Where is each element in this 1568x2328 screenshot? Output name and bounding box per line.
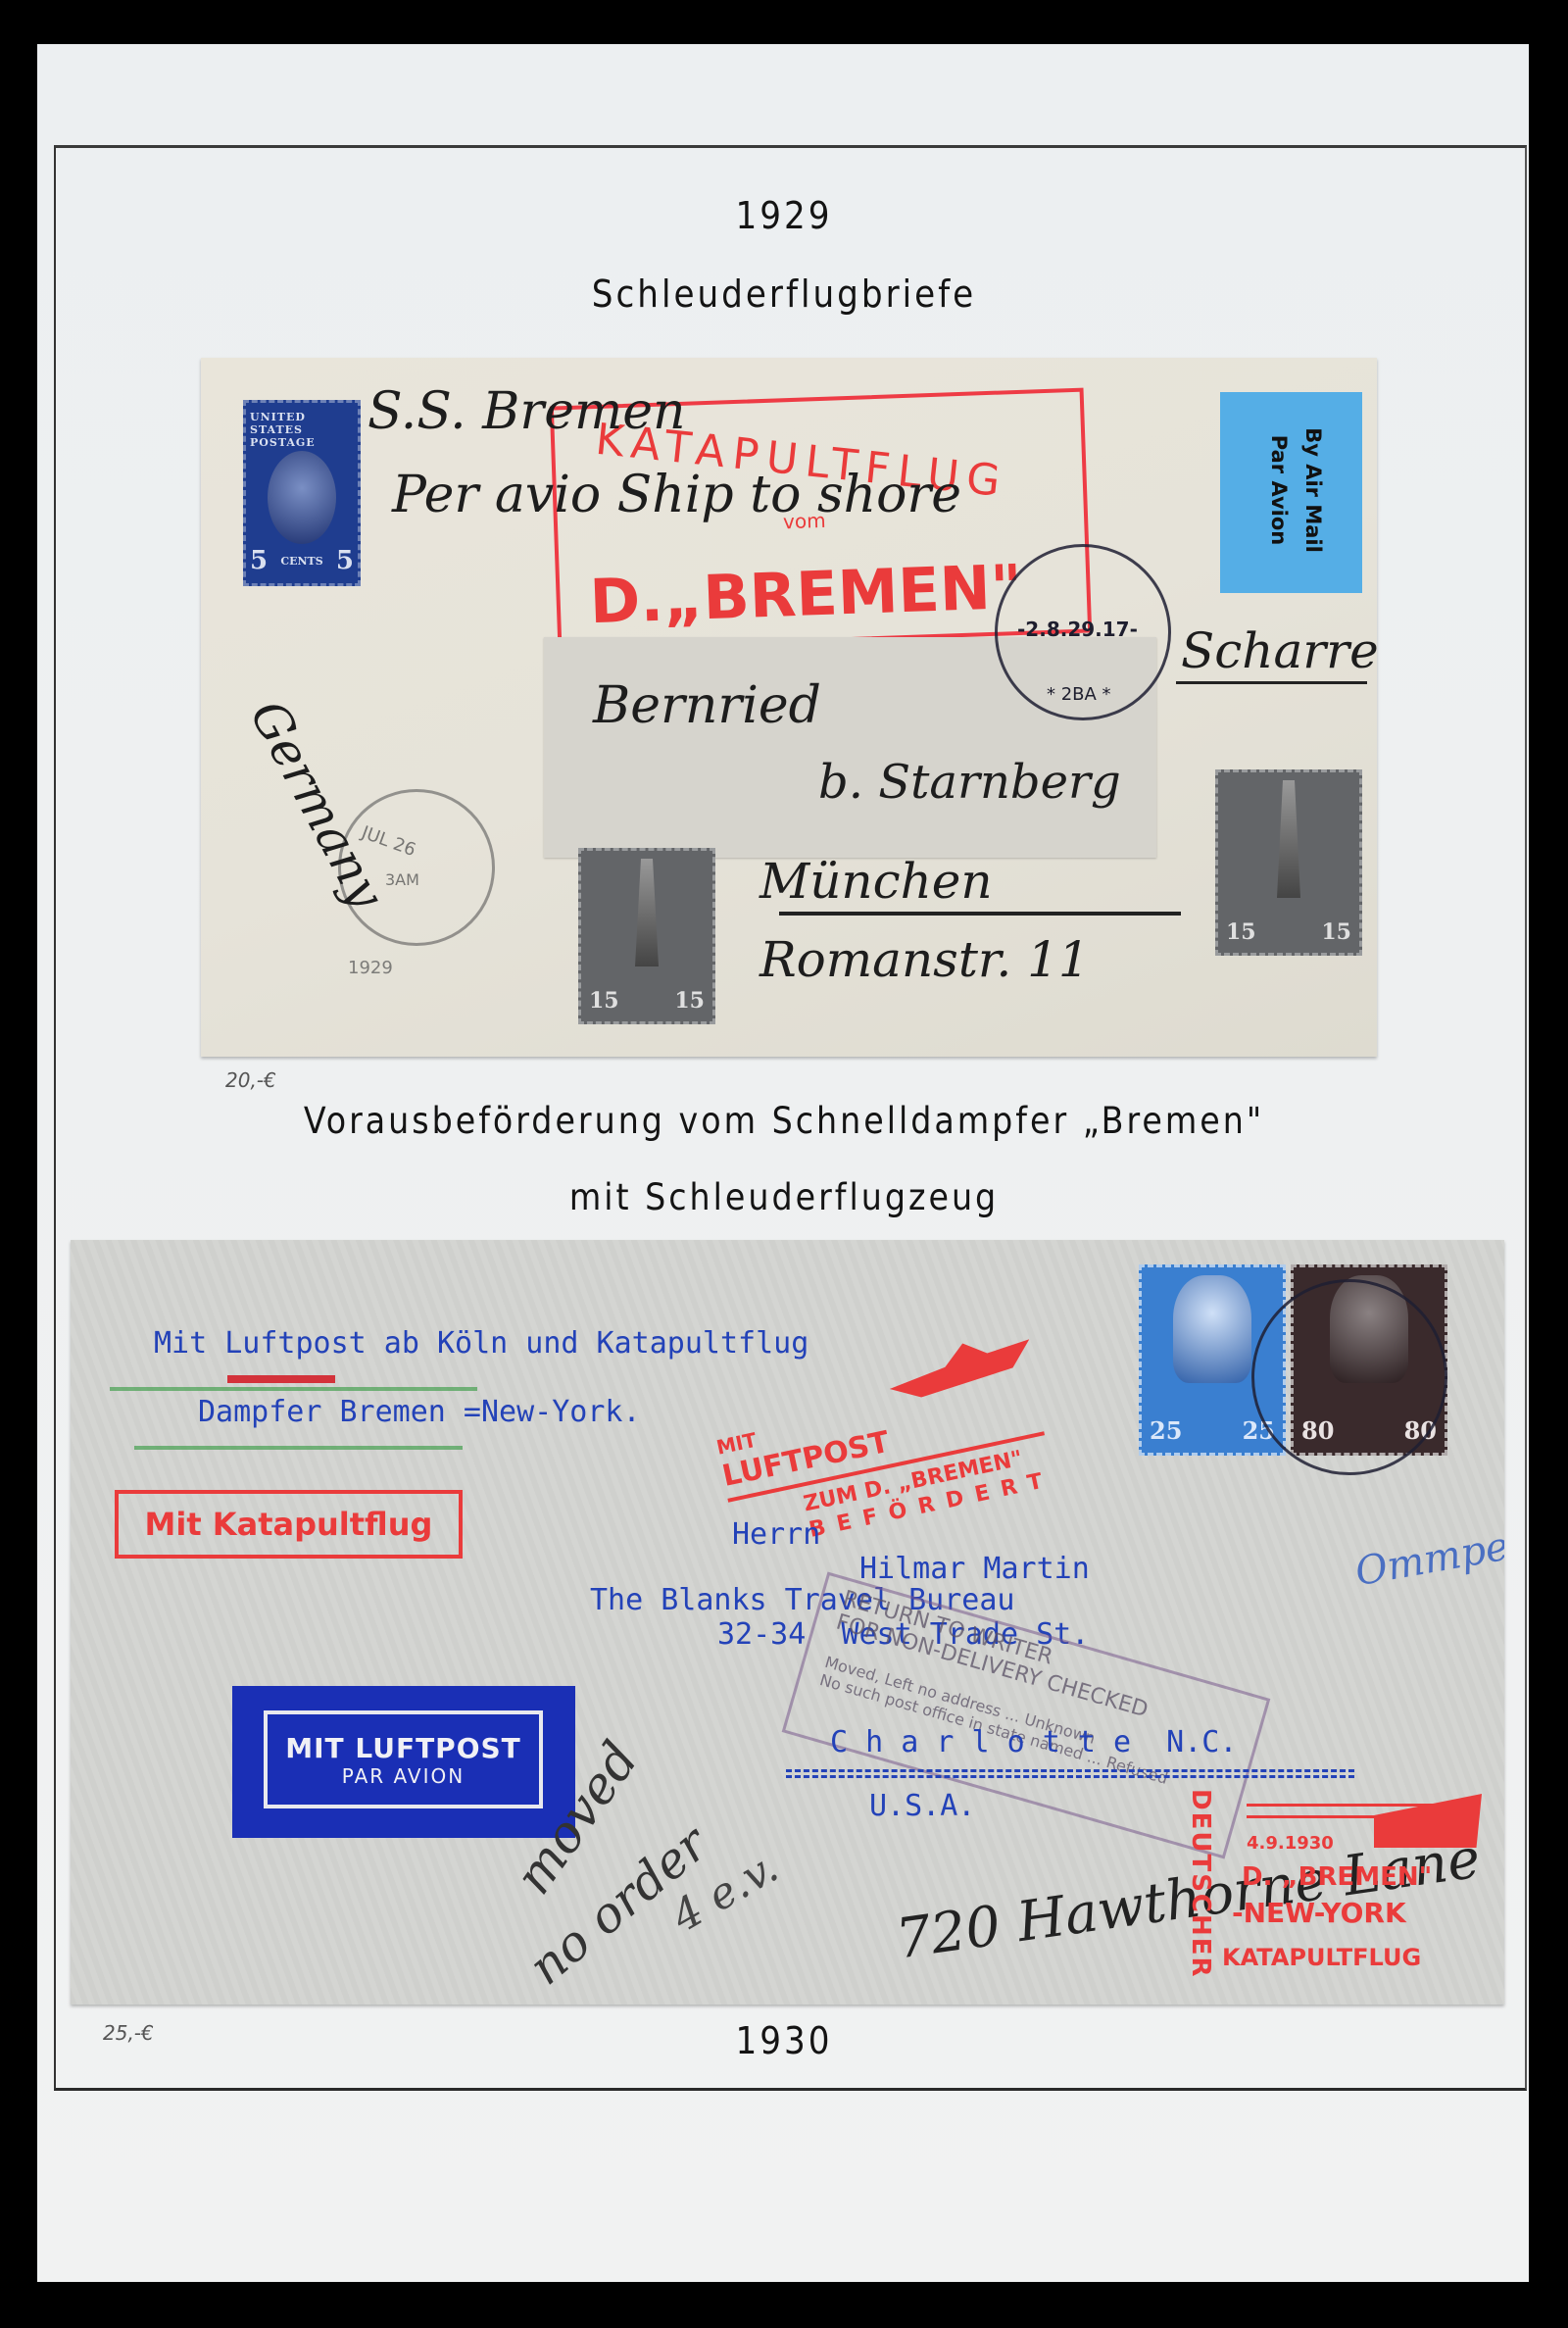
underline (779, 912, 1181, 916)
red-underline (227, 1375, 335, 1383)
label-text: PAR AVION (342, 1764, 465, 1788)
year-heading-1929: 1929 (0, 194, 1568, 237)
seaplane-icon (884, 1329, 1038, 1408)
label-text: By Air Mail (1301, 427, 1325, 553)
stamp-value: 5 (250, 546, 268, 575)
cachet-rule (1247, 1804, 1433, 1807)
typed-recipient: Hilmar Martin (859, 1552, 1090, 1586)
handwritten-routing: Per avio Ship to shore (392, 466, 961, 524)
cachet-text: -NEW-YORK (1232, 1897, 1406, 1929)
us-15-cent-stamp-right: 15 15 (1215, 769, 1362, 956)
handwritten-ship: S.S. Bremen (367, 382, 686, 441)
cachet-date: 4.9.1930 (1247, 1833, 1334, 1854)
stamp-value: 25 (1150, 1416, 1182, 1445)
underline (1176, 681, 1367, 684)
handwritten-recipient: Scharrer (1181, 622, 1377, 679)
green-underline (110, 1387, 477, 1391)
hindenburg-portrait-icon (1173, 1275, 1251, 1383)
handwritten-street: Romanstr. 11 (759, 931, 1090, 988)
us-5-cent-stamp: UNITED STATES POSTAGE 5 CENTS 5 (243, 400, 361, 586)
portrait-icon (268, 451, 336, 544)
postmark-code: * 2BA * (1047, 684, 1111, 705)
typed-routing: Mit Luftpost ab Köln und Katapultflug (154, 1326, 808, 1361)
par-avion-label: Par Avion By Air Mail (1220, 392, 1362, 593)
statue-of-liberty-icon (617, 859, 676, 966)
stamp-value: 15 (589, 988, 619, 1014)
cover-1929: UNITED STATES POSTAGE 5 CENTS 5 JUL 26 3… (201, 358, 1377, 1057)
typed-country: U.S.A. (869, 1789, 975, 1823)
typed-salutation: Herrn (732, 1517, 820, 1552)
stamp-value: 15 (1226, 919, 1256, 945)
ship-icon (1374, 1794, 1482, 1848)
stamp-text: D.„BREMEN" (589, 551, 1024, 637)
stamp-value: 15 (674, 988, 705, 1014)
cover-1930: Mit Luftpost ab Köln und Katapultflug Da… (71, 1240, 1504, 2005)
page-title: Schleuderflugbriefe (0, 272, 1568, 316)
label-district: b. Starnberg (818, 755, 1121, 810)
cachet-vertical-text: DEUTSCHER (1186, 1789, 1215, 1979)
koeln-postmark (1251, 1279, 1447, 1475)
stamp-unit: CENTS (280, 555, 322, 568)
us-15-cent-stamp-left: 15 15 (578, 848, 715, 1024)
cachet-text: D. „BREMEN" (1242, 1862, 1432, 1892)
blue-pencil-note: Ommpels (1351, 1518, 1504, 1596)
label-town: Bernried (593, 676, 821, 735)
caption-line-1: Vorausbeförderung vom Schnelldampfer „Br… (0, 1100, 1568, 1142)
statue-of-liberty-icon (1259, 780, 1318, 898)
stamp-country: UNITED STATES POSTAGE (250, 411, 354, 449)
green-underline (134, 1446, 463, 1450)
postmark-date: -2.8.29.17- (1017, 618, 1138, 641)
typed-double-underline (786, 1769, 1354, 1778)
label-text: Par Avion (1267, 435, 1291, 545)
cachet-text: KATAPULTFLUG (1222, 1944, 1421, 1971)
stamp-value: 5 (336, 546, 354, 575)
caption-line-2: mit Schleuderflugzeug (0, 1176, 1568, 1218)
typed-ship-route: Dampfer Bremen =New-York. (198, 1395, 641, 1429)
stamp-value: 15 (1321, 919, 1351, 945)
mit-katapultflug-stamp: Mit Katapultflug (115, 1490, 463, 1559)
mit-luftpost-label: MIT LUFTPOST PAR AVION (232, 1686, 575, 1838)
price-note-cover-1: 20,-€ (225, 1068, 276, 1092)
typed-city: C h a r l o t t e N.C. (830, 1725, 1237, 1759)
year-heading-1930: 1930 (0, 2019, 1568, 2062)
stamp-text: Mit Katapultflug (145, 1506, 433, 1543)
handwritten-city: München (759, 853, 993, 910)
bremen-new-york-cachet: DEUTSCHER 4.9.1930 D. „BREMEN" -NEW-YORK… (1198, 1789, 1443, 2005)
postmark-year: 1929 (348, 958, 393, 978)
munich-postmark: -2.8.29.17- * 2BA * (995, 544, 1171, 720)
label-text: MIT LUFTPOST (285, 1732, 521, 1764)
